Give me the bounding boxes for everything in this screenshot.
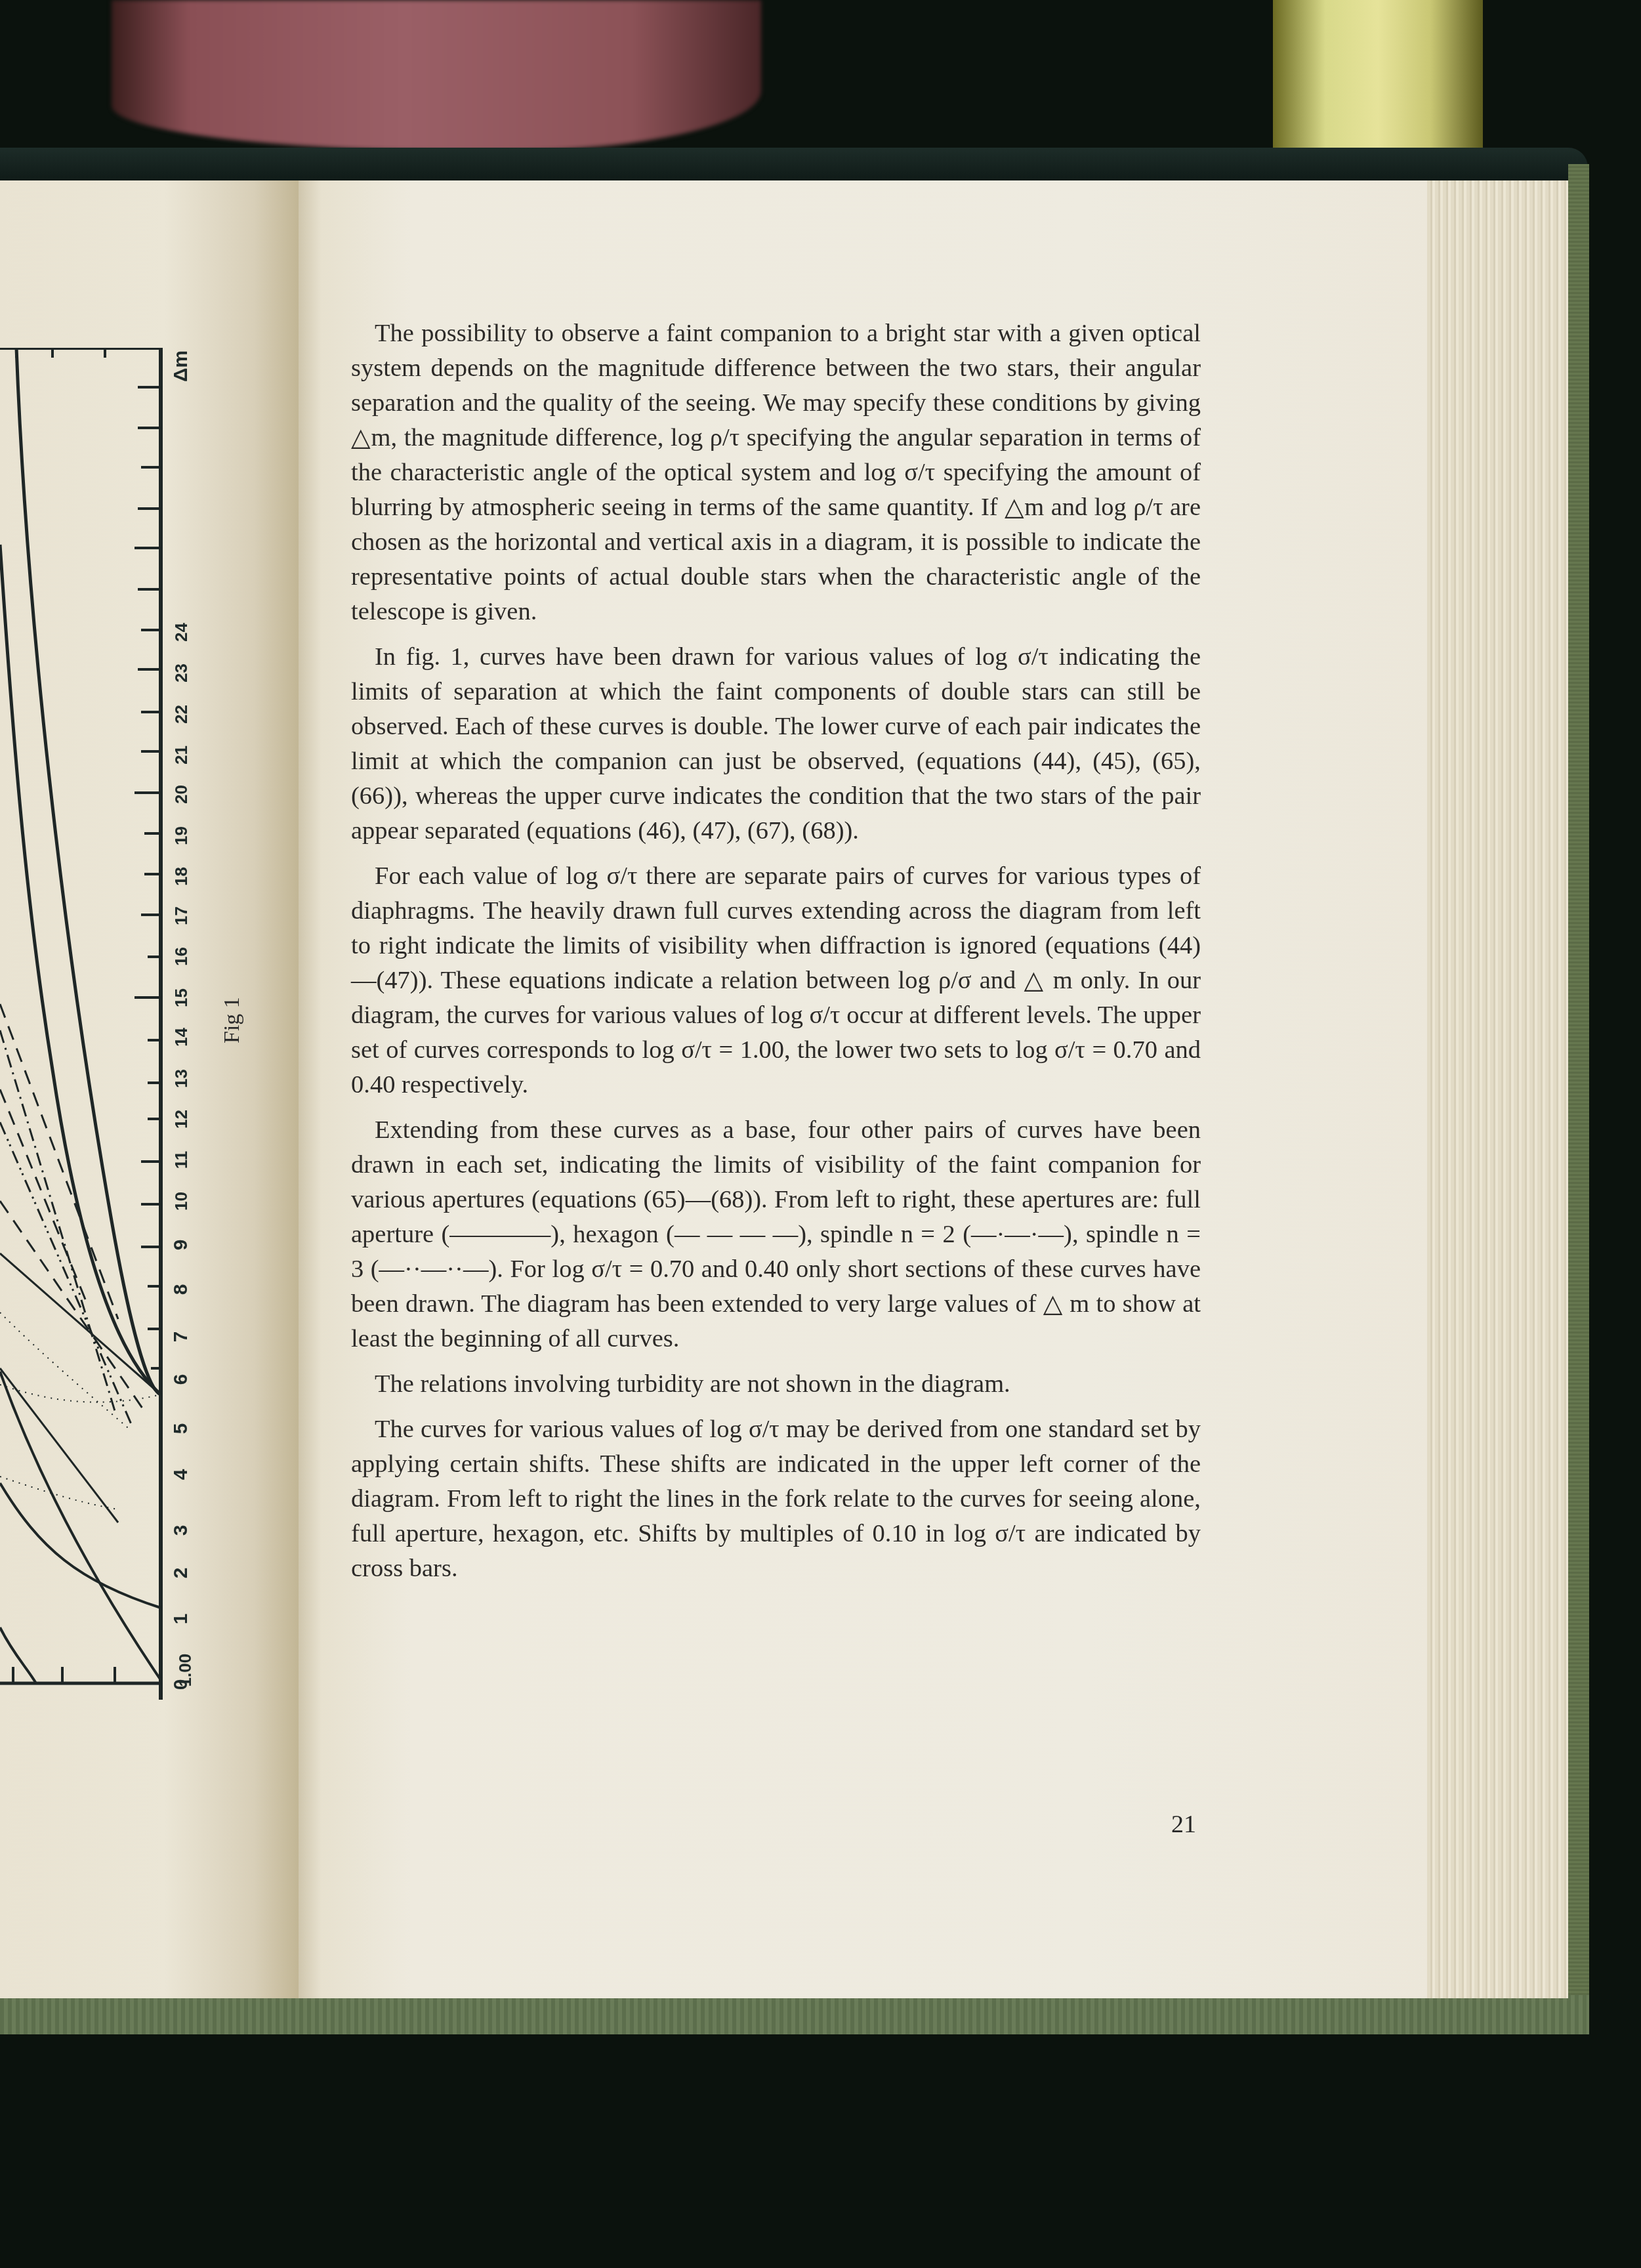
tick-label-17: 17 (171, 903, 192, 929)
figure-1-fragment: Δm 1.00 0 1 2 3 4 5 6 7 8 9 10 11 12 13 … (0, 348, 197, 1700)
tick-label-2: 2 (170, 1560, 192, 1586)
figure-caption: Fig 1 (220, 997, 245, 1043)
tick-label-8: 8 (170, 1276, 192, 1303)
axis-title: Δm (170, 356, 192, 382)
book-cover-bottom-edge (0, 1995, 1589, 2034)
tick-label-14: 14 (171, 1024, 192, 1051)
tick-label-7: 7 (170, 1324, 192, 1350)
tick-label-12: 12 (171, 1106, 192, 1133)
tick-label-19: 19 (171, 823, 192, 849)
tick-label-15: 15 (171, 985, 192, 1011)
light-source (1273, 0, 1483, 154)
tick-label-20: 20 (171, 782, 192, 808)
tick-label-6: 6 (170, 1366, 192, 1393)
tick-label-21: 21 (171, 742, 192, 768)
tick-label-11: 11 (171, 1147, 192, 1173)
tick-label-4: 4 (170, 1461, 192, 1488)
page-number: 21 (1171, 1810, 1196, 1839)
tick-label-5: 5 (170, 1416, 192, 1442)
tick-label-18: 18 (171, 864, 192, 890)
paragraph-6: The curves for various values of log σ/τ… (351, 1412, 1201, 1586)
tick-label-3: 3 (170, 1517, 192, 1543)
paragraph-2: In fig. 1, curves have been drawn for va… (351, 640, 1201, 849)
paragraph-1: The possibility to observe a faint compa… (351, 316, 1201, 629)
paragraph-5: The relations involving turbidity are no… (351, 1367, 1201, 1402)
book-cover-top-edge (0, 148, 1588, 182)
tick-label-13: 13 (171, 1066, 192, 1092)
paragraph-3: For each value of log σ/τ there are sepa… (351, 859, 1201, 1102)
paragraph-4: Extending from these curves as a base, f… (351, 1113, 1201, 1356)
tick-label-9: 9 (170, 1232, 192, 1258)
book-cover-right-edge (1568, 164, 1589, 2034)
tick-label-16: 16 (171, 944, 192, 970)
tick-label-22: 22 (171, 702, 192, 728)
tick-label-1: 1 (170, 1606, 192, 1632)
page-body-text: The possibility to observe a faint compa… (351, 316, 1201, 1597)
thumb-holding-book (112, 0, 761, 151)
tick-label-10: 10 (171, 1188, 192, 1215)
page-fore-edge (1427, 180, 1568, 1998)
figure-plot (0, 348, 197, 1700)
tick-label-0: 0 (170, 1671, 192, 1698)
tick-label-24: 24 (171, 619, 192, 646)
tick-label-23: 23 (171, 660, 192, 686)
